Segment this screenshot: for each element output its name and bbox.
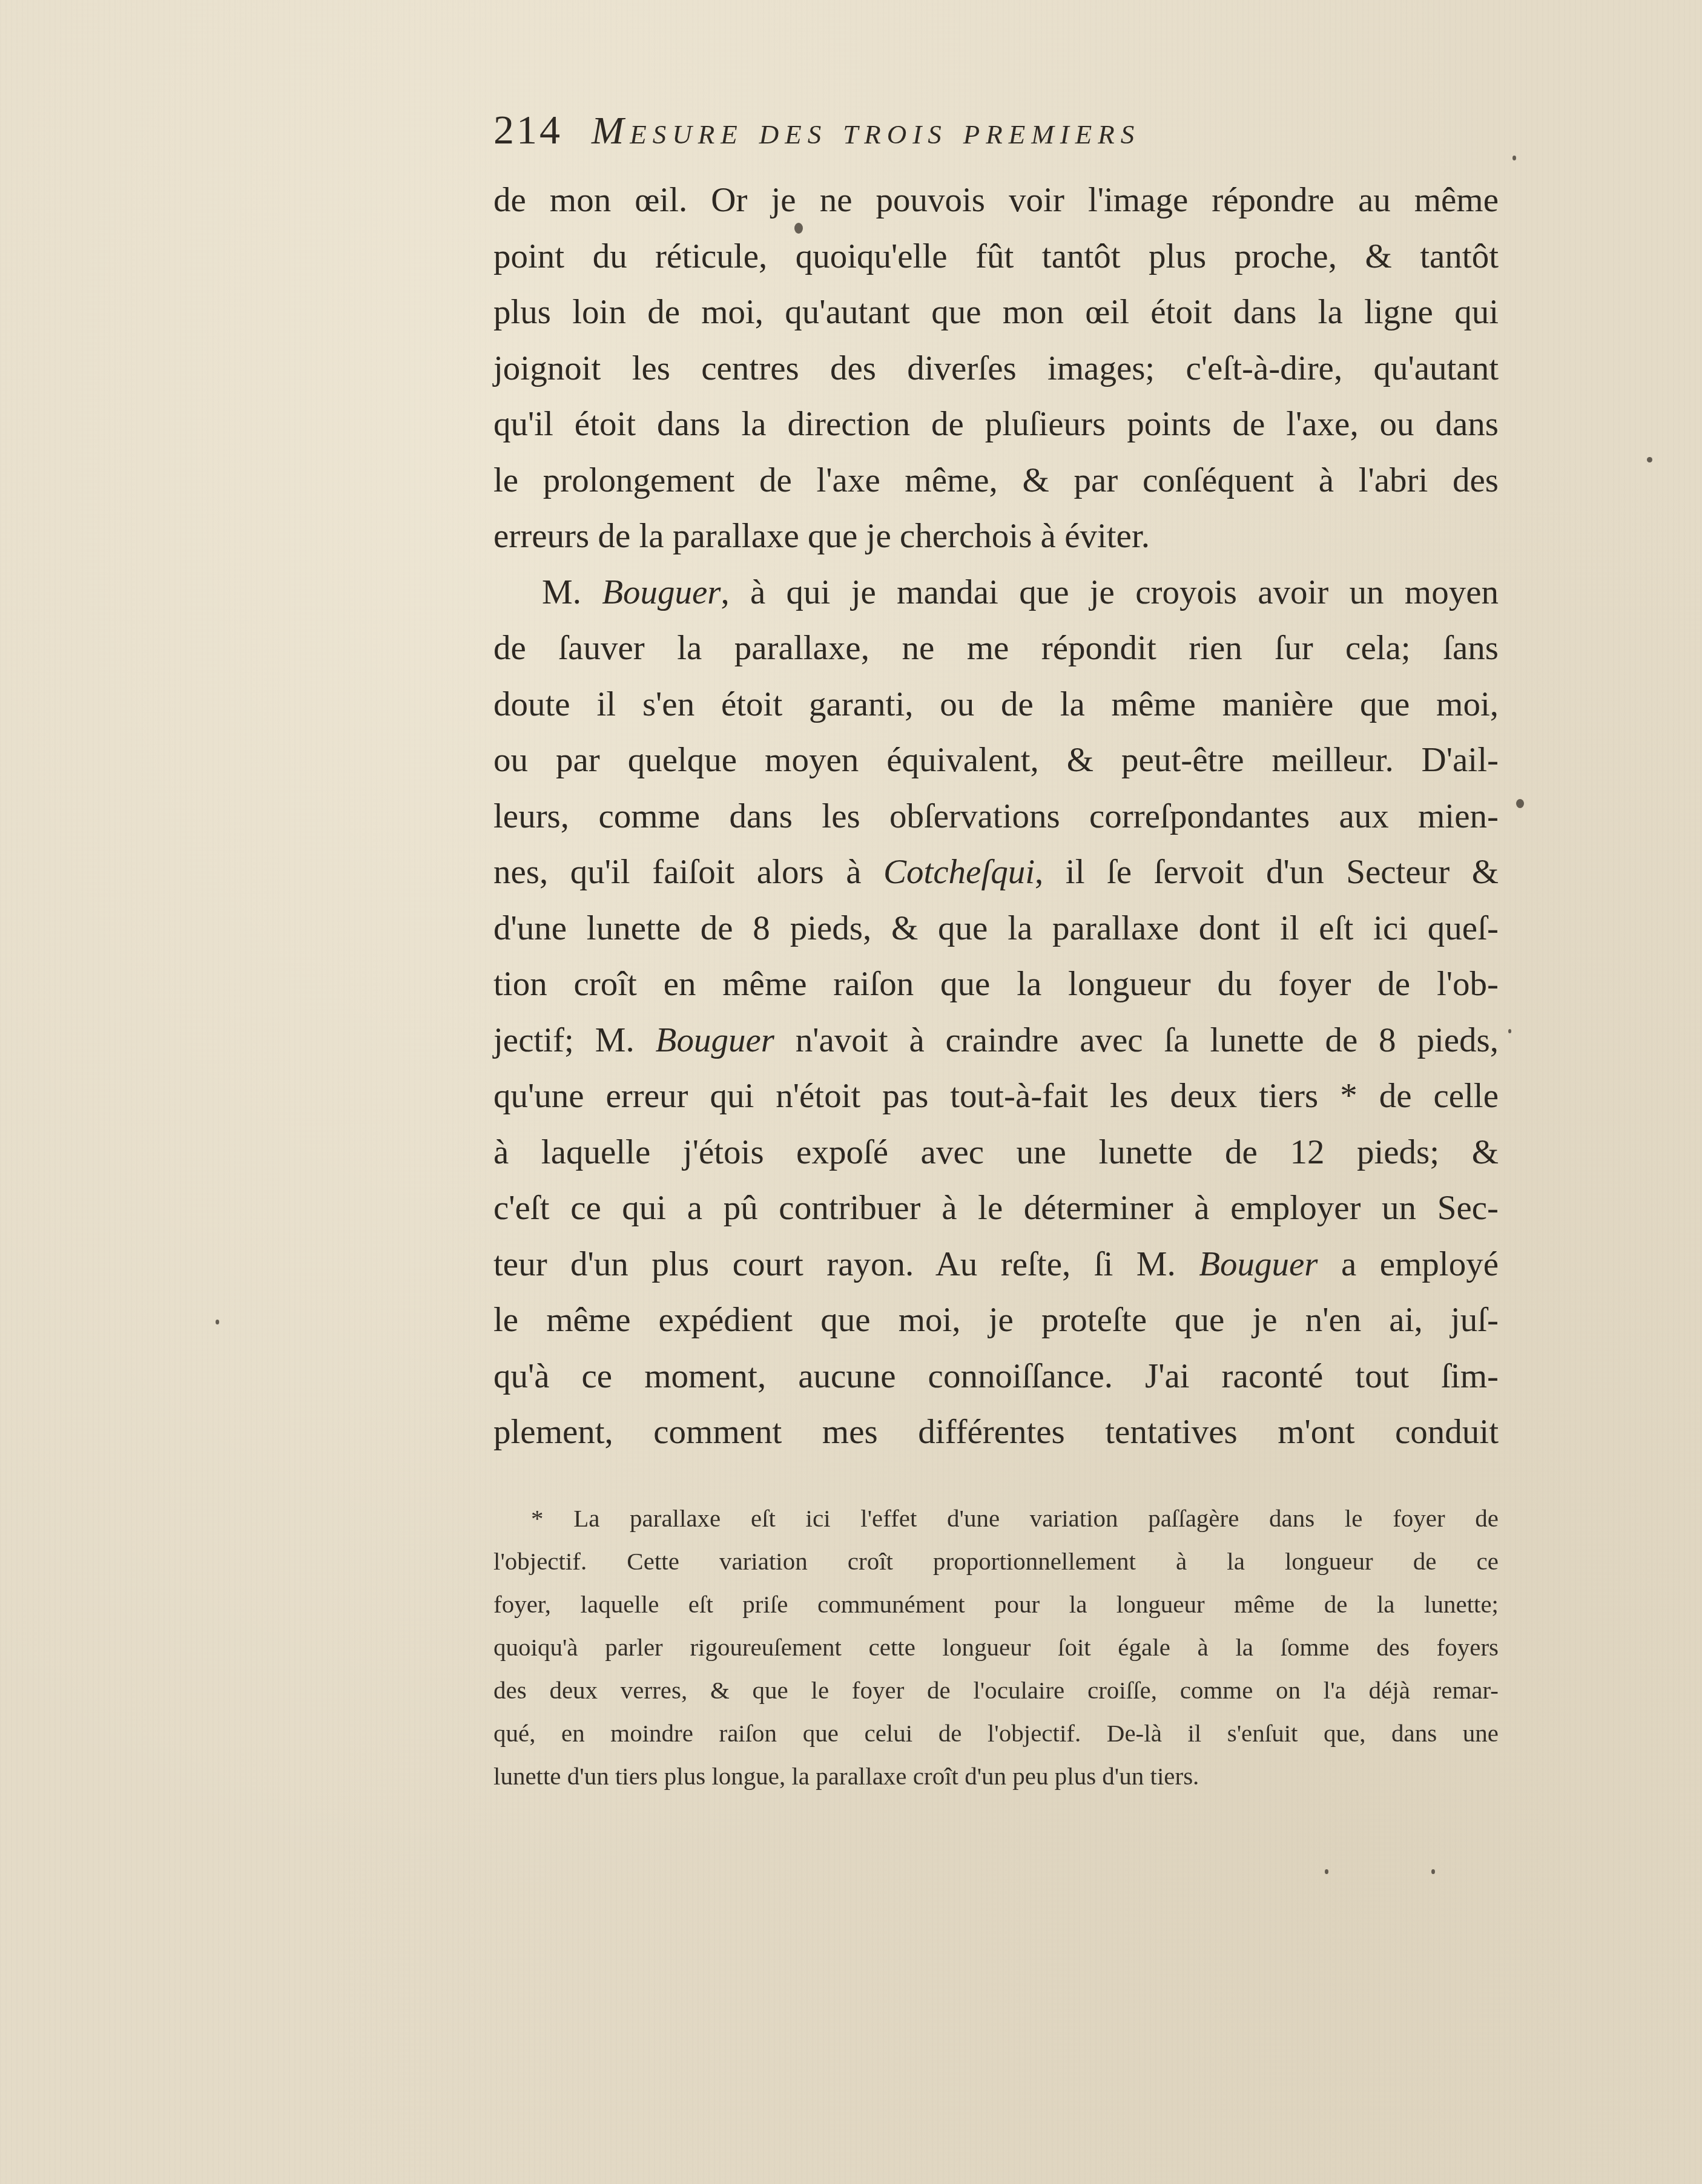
text-line: qu'à ce moment, aucune connoiſſance. J'a…	[493, 1349, 1499, 1405]
book-page: 214 Mesure des trois premiers de mon œil…	[493, 106, 1499, 1798]
text-line: le même expédient que moi, je proteſte q…	[493, 1292, 1499, 1349]
text-span: , à qui je mandai que je croyois avoir u…	[721, 573, 1499, 611]
text-span: n'avoit à craindre avec ſa lunette de 8 …	[774, 1021, 1499, 1059]
text-line: c'eſt ce qui a pû contribuer à le déterm…	[493, 1180, 1499, 1237]
text-line: point du réticule, quoiqu'elle fût tantô…	[493, 229, 1499, 285]
paper-speck	[1431, 1869, 1435, 1874]
person-name-bouguer: Bouguer	[602, 573, 721, 611]
text-line: joignoit les centres des diverſes images…	[493, 341, 1499, 397]
footnote-line: des deux verres, & que le foyer de l'ocu…	[493, 1669, 1499, 1712]
footnote-line: l'objectif. Cette variation croît propor…	[493, 1540, 1499, 1583]
footnote-line: foyer, laquelle eſt priſe communément po…	[493, 1583, 1499, 1626]
paper-speck	[1647, 457, 1652, 462]
text-span: a employé	[1318, 1245, 1499, 1283]
text-span: M.	[542, 573, 602, 611]
running-head: 214 Mesure des trois premiers	[493, 106, 1499, 173]
text-line: leurs, comme dans les obſervations corre…	[493, 789, 1499, 845]
text-line: plus loin de moi, qu'autant que mon œil …	[493, 285, 1499, 341]
person-name-bouguer: Bouguer	[656, 1021, 774, 1059]
text-line: nes, qu'il faiſoit alors à Cotcheſqui, i…	[493, 844, 1499, 901]
text-line: teur d'un plus court rayon. Au reſte, ſi…	[493, 1237, 1499, 1293]
footnote-line: quoiqu'à parler rigoureuſement cette lon…	[493, 1626, 1499, 1669]
paper-speck	[216, 1320, 219, 1324]
text-line: à laquelle j'étois expoſé avec une lunet…	[493, 1125, 1499, 1181]
text-line: M. Bouguer, à qui je mandai que je croyo…	[493, 565, 1499, 621]
person-name-bouguer: Bouguer	[1199, 1245, 1318, 1283]
text-line: de ſauver la parallaxe, ne me répondit r…	[493, 620, 1499, 677]
footnote-line: * La parallaxe eſt ici l'effet d'une var…	[493, 1497, 1499, 1540]
text-line: de mon œil. Or je ne pouvois voir l'imag…	[493, 173, 1499, 229]
main-text: de mon œil. Or je ne pouvois voir l'imag…	[493, 173, 1499, 1461]
text-line: plement, comment mes différentes tentati…	[493, 1404, 1499, 1461]
text-span: teur d'un plus court rayon. Au reſte, ſi…	[493, 1245, 1199, 1283]
text-line: d'une lunette de 8 pieds, & que la paral…	[493, 901, 1499, 957]
paper-speck	[1325, 1869, 1328, 1874]
text-span: nes, qu'il faiſoit alors à	[493, 853, 883, 891]
text-line-with-footnote-ref: qu'une erreur qui n'étoit pas tout-à-fai…	[493, 1068, 1499, 1125]
paper-speck	[1512, 156, 1516, 160]
place-name-cotchesqui: Cotcheſqui	[883, 853, 1035, 891]
paper-speck	[1508, 1029, 1511, 1033]
page-number: 214	[493, 106, 562, 154]
text-line: tion croît en même raiſon que la longueu…	[493, 956, 1499, 1013]
paper-speck	[794, 223, 803, 234]
text-span: , il ſe ſervoit d'un Secteur &	[1035, 853, 1499, 891]
footnote-line: qué, en moindre raiſon que celui de l'ob…	[493, 1712, 1499, 1755]
text-line: erreurs de la parallaxe que je cherchois…	[493, 508, 1499, 565]
footnote: * La parallaxe eſt ici l'effet d'une var…	[493, 1497, 1499, 1798]
text-span: jectif; M.	[493, 1021, 656, 1059]
text-line: doute il s'en étoit garanti, ou de la mê…	[493, 677, 1499, 733]
footnote-line: lunette d'un tiers plus longue, la paral…	[493, 1755, 1499, 1798]
paper-speck	[1516, 799, 1524, 808]
text-line: le prolongement de l'axe même, & par con…	[493, 453, 1499, 509]
text-line: qu'il étoit dans la direction de pluſieu…	[493, 396, 1499, 453]
text-line: ou par quelque moyen équivalent, & peut-…	[493, 732, 1499, 789]
running-title: Mesure des trois premiers	[592, 108, 1140, 153]
text-line: jectif; M. Bouguer n'avoit à craindre av…	[493, 1013, 1499, 1069]
